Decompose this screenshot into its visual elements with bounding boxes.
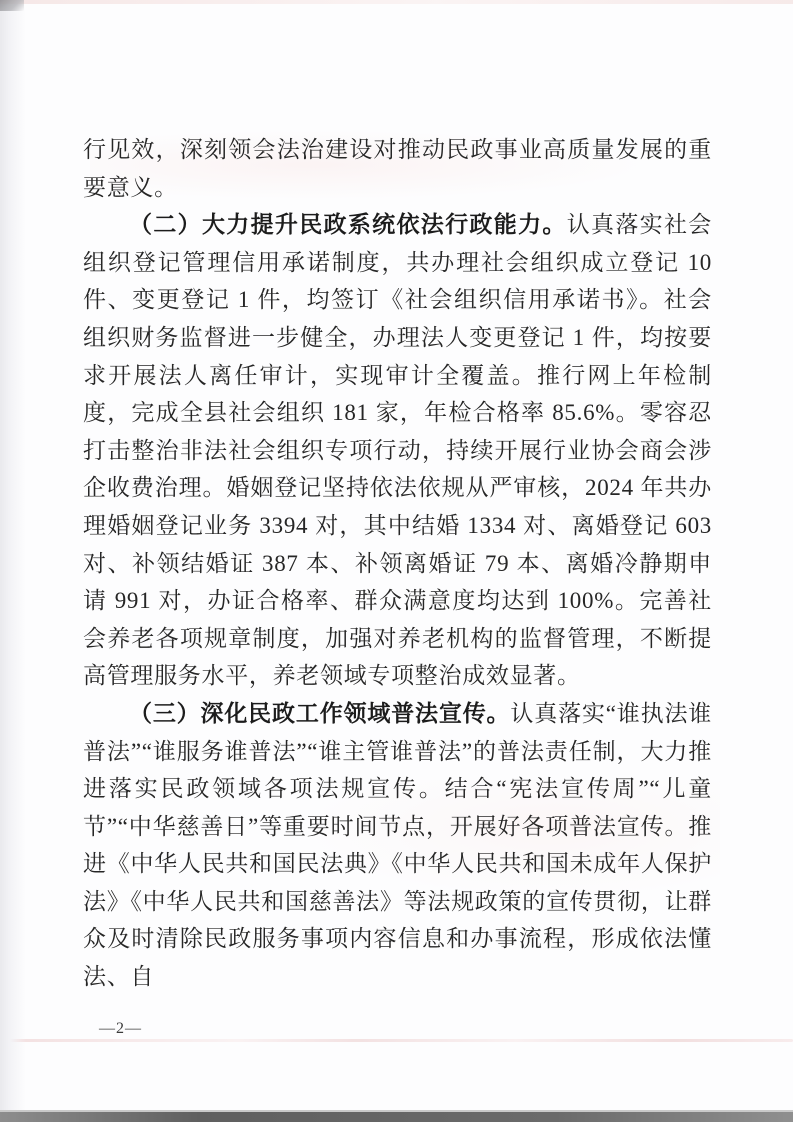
section-2-heading: （二）大力提升民政系统依法行政能力。 — [129, 212, 567, 237]
page-footer: —2— — [99, 1020, 142, 1038]
section-3-heading: （三）深化民政工作领域普法宣传。 — [129, 701, 510, 726]
paragraph-text: 认真落实社会组织登记管理信用承诺制度，共办理社会组织成立登记 10 件、变更登记… — [83, 212, 712, 688]
paragraph-section-3: （三）深化民政工作领域普法宣传。认真落实“谁执法谁普法”“谁服务谁普法”“谁主管… — [83, 695, 712, 996]
document-body: 行见效，深刻领会法治建设对推动民政事业高质量发展的重要意义。 （二）大力提升民政… — [83, 131, 712, 996]
paragraph-section-2: （二）大力提升民政系统依法行政能力。认真落实社会组织登记管理信用承诺制度，共办理… — [83, 206, 712, 695]
paragraph-text: 认真落实“谁执法谁普法”“谁服务谁普法”“谁主管谁普法”的普法责任制，大力推进落… — [83, 701, 712, 989]
paragraph-text: 行见效，深刻领会法治建设对推动民政事业高质量发展的重要意义。 — [83, 137, 712, 200]
scan-artifact — [0, 0, 24, 11]
scan-artifact — [0, 0, 793, 4]
scan-edge-bottom — [0, 1110, 793, 1122]
scanned-document-page: 行见效，深刻领会法治建设对推动民政事业高质量发展的重要意义。 （二）大力提升民政… — [0, 0, 793, 1122]
page-number: —2— — [99, 1020, 142, 1037]
scan-artifact — [0, 1039, 793, 1042]
paragraph-continuation: 行见效，深刻领会法治建设对推动民政事业高质量发展的重要意义。 — [83, 131, 712, 206]
scan-edge-left — [0, 0, 26, 1122]
